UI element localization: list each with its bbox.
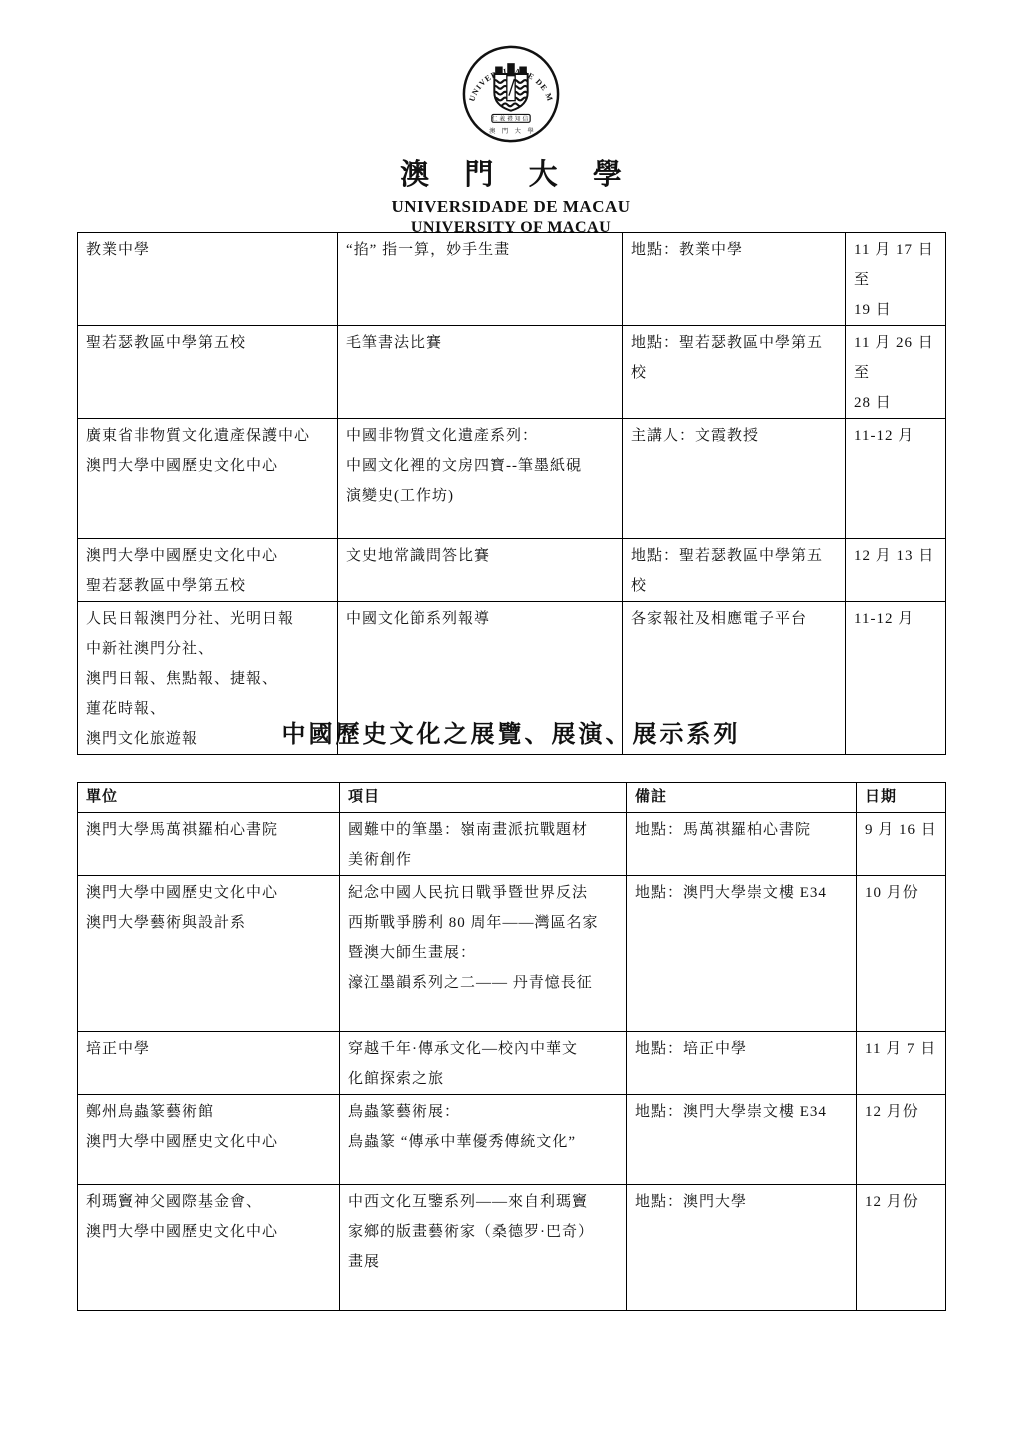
item-cell: “掐” 指一算，妙手生畫 xyxy=(338,233,623,326)
item-cell: 中國非物質文化遺產系列： 中國文化裡的文房四寶--筆墨紙硯 演變史(工作坊) xyxy=(338,419,623,539)
date-cell: 11 月 17 日至 19 日 xyxy=(846,233,946,326)
header-date: 日期 xyxy=(857,783,946,813)
item-cell: 毛筆書法比賽 xyxy=(338,326,623,419)
table-row: 培正中學 穿越千年·傳承文化—校內中華文 化館探索之旅 地點：培正中學 11 月… xyxy=(78,1032,946,1095)
note-cell: 地點：澳門大學崇文樓 E34 xyxy=(627,876,857,1032)
table-row: 聖若瑟教區中學第五校 毛筆書法比賽 地點：聖若瑟教區中學第五 校 11 月 26… xyxy=(78,326,946,419)
note-cell: 地點：馬萬祺羅柏心書院 xyxy=(627,813,857,876)
unit-cell: 聖若瑟教區中學第五校 xyxy=(78,326,338,419)
unit-cell: 教業中學 xyxy=(78,233,338,326)
exhibition-series-table: 單位 項目 備註 日期 澳門大學馬萬祺羅柏心書院 國難中的筆墨：嶺南畫派抗戰題材… xyxy=(77,782,946,1311)
item-cell: 穿越千年·傳承文化—校內中華文 化館探索之旅 xyxy=(340,1032,627,1095)
item-cell: 鳥蟲篆藝術展： 鳥蟲篆 “傳承中華優秀傳統文化” xyxy=(340,1095,627,1185)
unit-cell: 廣東省非物質文化遺產保護中心 澳門大學中國歷史文化中心 xyxy=(78,419,338,539)
events-table-continued: 教業中學 “掐” 指一算，妙手生畫 地點：教業中學 11 月 17 日至 19 … xyxy=(77,232,946,755)
note-cell: 地點：聖若瑟教區中學第五 校 xyxy=(623,326,846,419)
table-row: 廣東省非物質文化遺產保護中心 澳門大學中國歷史文化中心 中國非物質文化遺產系列：… xyxy=(78,419,946,539)
unit-cell: 培正中學 xyxy=(78,1032,340,1095)
university-name-portuguese: UNIVERSIDADE DE MACAU xyxy=(0,197,1022,217)
section-title: 中國歷史文化之展覽、展演、展示系列 xyxy=(0,714,1022,749)
table-row: 澳門大學中國歷史文化中心 澳門大學藝術與設計系 紀念中國人民抗日戰爭暨世界反法 … xyxy=(78,876,946,1032)
table-row: 利瑪竇神父國際基金會、 澳門大學中國歷史文化中心 中西文化互鑒系列——來自利瑪竇… xyxy=(78,1185,946,1311)
date-cell: 11 月 26 日至 28 日 xyxy=(846,326,946,419)
date-cell: 12 月份 xyxy=(857,1185,946,1311)
note-cell: 主講人：文霞教授 xyxy=(623,419,846,539)
unit-cell: 澳門大學中國歷史文化中心 澳門大學藝術與設計系 xyxy=(78,876,340,1032)
table-row: 澳門大學馬萬祺羅柏心書院 國難中的筆墨：嶺南畫派抗戰題材 美術創作 地點：馬萬祺… xyxy=(78,813,946,876)
university-name-chinese: 澳 門 大 學 xyxy=(0,152,1022,193)
header-note: 備註 xyxy=(627,783,857,813)
table-row: 澳門大學中國歷史文化中心 聖若瑟教區中學第五校 文史地常識問答比賽 地點：聖若瑟… xyxy=(78,539,946,602)
table-header-row: 單位 項目 備註 日期 xyxy=(78,783,946,813)
date-cell: 10 月份 xyxy=(857,876,946,1032)
table-row: 教業中學 “掐” 指一算，妙手生畫 地點：教業中學 11 月 17 日至 19 … xyxy=(78,233,946,326)
table-row: 鄭州鳥蟲篆藝術館 澳門大學中國歷史文化中心 鳥蟲篆藝術展： 鳥蟲篆 “傳承中華優… xyxy=(78,1095,946,1185)
crest-bottom-text: 澳 門 大 學 xyxy=(489,126,536,135)
date-cell: 12 月 13 日 xyxy=(846,539,946,602)
crest-banner-text: 仁義禮知信 xyxy=(492,115,530,123)
item-cell: 紀念中國人民抗日戰爭暨世界反法 西斯戰爭勝利 80 周年——灣區名家 暨澳大師生… xyxy=(340,876,627,1032)
unit-cell: 澳門大學馬萬祺羅柏心書院 xyxy=(78,813,340,876)
unit-cell: 鄭州鳥蟲篆藝術館 澳門大學中國歷史文化中心 xyxy=(78,1095,340,1185)
header-unit: 單位 xyxy=(78,783,340,813)
date-cell: 9 月 16 日 xyxy=(857,813,946,876)
item-cell: 國難中的筆墨：嶺南畫派抗戰題材 美術創作 xyxy=(340,813,627,876)
university-crest-icon: UNIVERSIDADE DE MACAU 仁義禮知信 澳 門 大 學 xyxy=(461,44,561,144)
date-cell: 12 月份 xyxy=(857,1095,946,1185)
note-cell: 地點：培正中學 xyxy=(627,1032,857,1095)
item-cell: 中西文化互鑒系列——來自利瑪竇 家鄉的版畫藝術家（桑德罗·巴奇） 畫展 xyxy=(340,1185,627,1311)
unit-cell: 澳門大學中國歷史文化中心 聖若瑟教區中學第五校 xyxy=(78,539,338,602)
note-cell: 地點：聖若瑟教區中學第五 校 xyxy=(623,539,846,602)
note-cell: 地點：教業中學 xyxy=(623,233,846,326)
note-cell: 地點：澳門大學崇文樓 E34 xyxy=(627,1095,857,1185)
document-page: UNIVERSIDADE DE MACAU 仁義禮知信 澳 門 大 學 澳 門 … xyxy=(0,0,1022,1432)
university-logo: UNIVERSIDADE DE MACAU 仁義禮知信 澳 門 大 學 澳 門 … xyxy=(0,44,1022,237)
item-cell: 文史地常識問答比賽 xyxy=(338,539,623,602)
header-item: 項目 xyxy=(340,783,627,813)
date-cell: 11-12 月 xyxy=(846,419,946,539)
unit-cell: 利瑪竇神父國際基金會、 澳門大學中國歷史文化中心 xyxy=(78,1185,340,1311)
date-cell: 11 月 7 日 xyxy=(857,1032,946,1095)
note-cell: 地點：澳門大學 xyxy=(627,1185,857,1311)
